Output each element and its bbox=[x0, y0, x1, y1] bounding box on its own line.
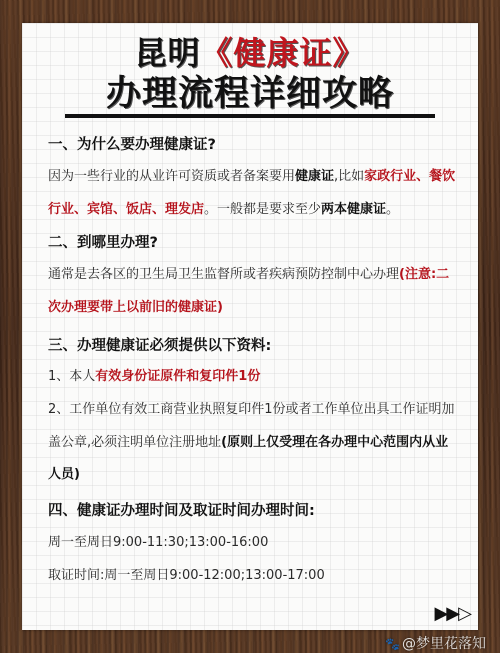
section-4-line-2: 取证时间:周一至周日9:00-12:00;13:00-17:00 bbox=[48, 567, 325, 585]
title-line-2: 办理流程详细攻略 bbox=[22, 73, 478, 115]
title-city: 昆明 bbox=[134, 34, 200, 72]
text-run-bold: 两本健康证 bbox=[321, 202, 386, 217]
section-1-line-2: 行业、宾馆、饭店、理发店。一般都是要求至少两本健康证。 bbox=[48, 201, 399, 219]
text-run: 因为一些行业的从业许可资质或者备案要用 bbox=[48, 169, 295, 184]
section-1-heading: 一、为什么要办理健康证? bbox=[48, 133, 216, 154]
text-run-bold: (原则上仅受理在各办理中心范围内从业 bbox=[221, 435, 448, 450]
title-line-1: 昆明《健康证》 bbox=[22, 33, 478, 73]
watermark-text: @梦里花落知 bbox=[402, 636, 486, 652]
watermark: 🐾@梦里花落知 bbox=[385, 633, 486, 653]
text-run: ,比如 bbox=[334, 169, 364, 184]
text-run-red: (注意:二 bbox=[399, 267, 449, 282]
section-1-line-1: 因为一些行业的从业许可资质或者备案要用健康证,比如家政行业、餐饮 bbox=[48, 168, 455, 186]
text-run-red: 有效身份证原件和复印件1份 bbox=[95, 369, 260, 384]
text-run: 2、工作单位有效工商营业执照复印件1份或者工作单位出具工作证明加 bbox=[48, 402, 455, 417]
text-run-bold: 健康证 bbox=[295, 169, 334, 184]
text-run-bold: 人员) bbox=[48, 467, 80, 482]
section-3-item-2-line-2: 盖公章,必须注明单位注册地址(原则上仅受理在各办理中心范围内从业 bbox=[48, 434, 448, 452]
section-3-item-2-line-3: 人员) bbox=[48, 466, 80, 484]
text-run-red: 家政行业、餐饮 bbox=[364, 169, 455, 184]
section-3-item-2-line-1: 2、工作单位有效工商营业执照复印件1份或者工作单位出具工作证明加 bbox=[48, 401, 455, 419]
text-run: 。 bbox=[386, 202, 399, 217]
paper-card: 昆明《健康证》 办理流程详细攻略 一、为什么要办理健康证? 因为一些行业的从业许… bbox=[22, 23, 478, 630]
title-highlight: 《健康证》 bbox=[201, 34, 366, 72]
section-4-heading: 四、健康证办理时间及取证时间办理时间: bbox=[48, 499, 315, 520]
section-3-heading: 三、办理健康证必须提供以下资料: bbox=[48, 334, 271, 355]
text-run: 取证时间:周一至周日9:00-12:00;13:00-17:00 bbox=[48, 568, 325, 583]
section-2-line-2: 次办理要带上以前旧的健康证) bbox=[48, 299, 223, 317]
paw-icon: 🐾 bbox=[385, 637, 400, 651]
text-run: 周一至周日9:00-11:30;13:00-16:00 bbox=[48, 535, 268, 550]
section-2-line-1: 通常是去各区的卫生局卫生监督所或者疾病预防控制中心办理(注意:二 bbox=[48, 266, 449, 284]
section-4-line-1: 周一至周日9:00-11:30;13:00-16:00 bbox=[48, 534, 268, 552]
section-3-item-1: 1、本人有效身份证原件和复印件1份 bbox=[48, 368, 260, 386]
next-arrows-icon: ▶▶▷ bbox=[434, 603, 470, 624]
text-run: 通常是去各区的卫生局卫生监督所或者疾病预防控制中心办理 bbox=[48, 267, 399, 282]
text-run: 。一般都是要求至少 bbox=[204, 202, 321, 217]
text-run-red: 行业、宾馆、饭店、理发店 bbox=[48, 202, 204, 217]
text-run: 盖公章,必须注明单位注册地址 bbox=[48, 435, 221, 450]
section-2-heading: 二、到哪里办理? bbox=[48, 231, 158, 252]
title-underline bbox=[65, 114, 435, 118]
text-run: 1、本人 bbox=[48, 369, 95, 384]
text-run-red: 次办理要带上以前旧的健康证) bbox=[48, 300, 223, 315]
